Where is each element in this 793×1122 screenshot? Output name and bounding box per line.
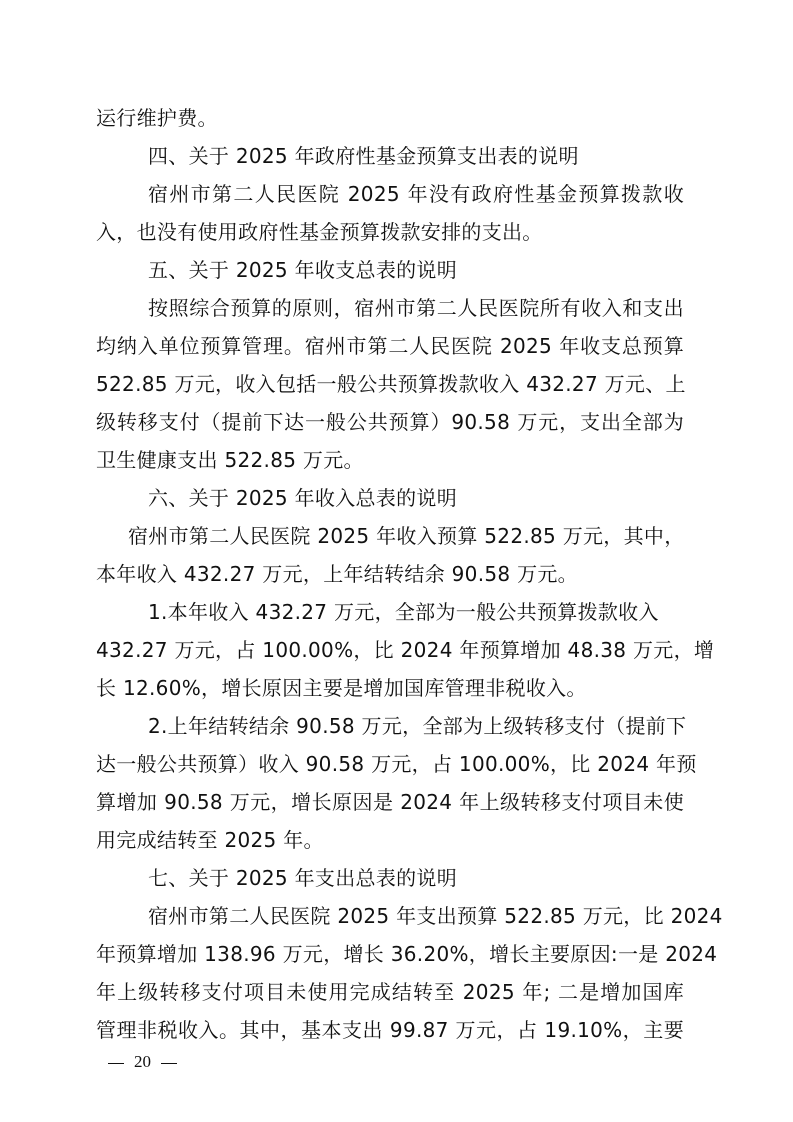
text-line: 按照综合预算的原则，宿州市第二人民医院所有收入和支出 [148, 295, 684, 321]
text-line: 均纳入单位预算管理。宿州市第二人民医院 2025 年收支总预算 [96, 333, 684, 359]
text-line: 522.85 万元，收入包括一般公共预算拨款收入 432.27 万元、上 [96, 371, 684, 397]
text-line: 四、关于 2025 年政府性基金预算支出表的说明 [148, 143, 684, 169]
text-line: 五、关于 2025 年收支总表的说明 [148, 257, 684, 283]
text-line: 级转移支付（提前下达一般公共预算）90.58 万元，支出全部为 [96, 409, 684, 435]
text-line: 长 12.60%，增长原因主要是增加国库管理非税收入。 [96, 675, 684, 701]
text-line: 七、关于 2025 年支出总表的说明 [148, 865, 684, 891]
text-line: 2.上年结转结余 90.58 万元，全部为上级转移支付（提前下 [148, 713, 684, 739]
text-line: 用完成结转至 2025 年。 [96, 827, 684, 853]
dash-left [108, 1063, 124, 1064]
text-line: 六、关于 2025 年收入总表的说明 [148, 485, 684, 511]
text-line: 432.27 万元，占 100.00%，比 2024 年预算增加 48.38 万… [96, 637, 684, 663]
text-line: 宿州市第二人民医院 2025 年没有政府性基金预算拨款收 [148, 181, 684, 207]
text-line: 宿州市第二人民医院 2025 年收入预算 522.85 万元，其中， [128, 523, 684, 549]
text-line: 入，也没有使用政府性基金预算拨款安排的支出。 [96, 219, 684, 245]
text-line: 本年收入 432.27 万元，上年结转结余 90.58 万元。 [96, 561, 684, 587]
text-line: 运行维护费。 [96, 105, 684, 131]
page-number: 20 [134, 1052, 151, 1071]
dash-right [161, 1063, 177, 1064]
text-line: 年上级转移支付项目未使用完成结转至 2025 年; 二是增加国库 [96, 979, 684, 1005]
text-line: 卫生健康支出 522.85 万元。 [96, 447, 684, 473]
text-line: 1.本年收入 432.27 万元，全部为一般公共预算拨款收入 [148, 599, 684, 625]
text-line: 算增加 90.58 万元，增长原因是 2024 年上级转移支付项目未使 [96, 789, 684, 815]
page-footer: 20 [98, 1052, 187, 1072]
text-line: 年预算增加 138.96 万元，增长 36.20%，增长主要原因:一是 2024 [96, 941, 684, 967]
text-line: 宿州市第二人民医院 2025 年支出预算 522.85 万元，比 2024 [148, 903, 684, 929]
text-line: 管理非税收入。其中，基本支出 99.87 万元，占 19.10%，主要 [96, 1017, 684, 1043]
document-page: 运行维护费。四、关于 2025 年政府性基金预算支出表的说明宿州市第二人民医院 … [0, 0, 793, 1122]
text-line: 达一般公共预算）收入 90.58 万元，占 100.00%，比 2024 年预 [96, 751, 684, 777]
